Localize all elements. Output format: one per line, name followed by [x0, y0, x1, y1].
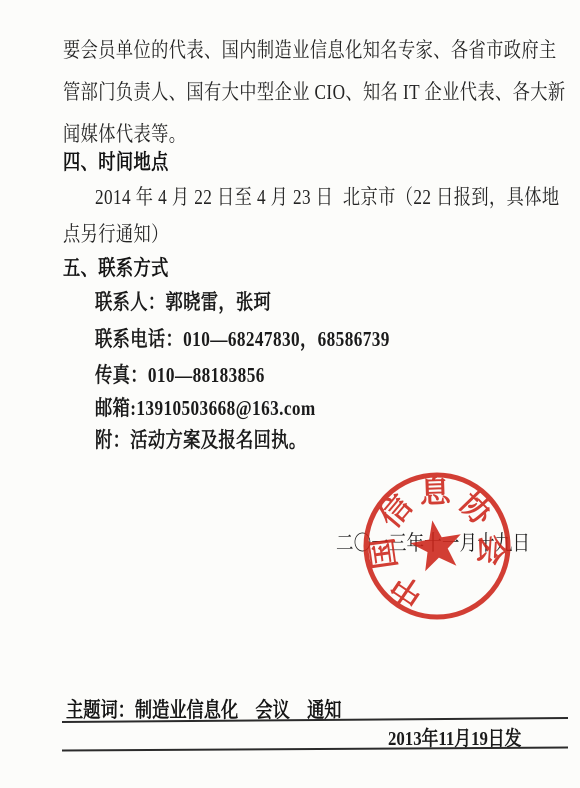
svg-text:信: 信	[372, 488, 419, 534]
seal-stamp-icon: 中国信息协会	[352, 462, 522, 632]
svg-text:中: 中	[384, 568, 429, 614]
contact-email-line: 邮箱:13910503668@163.com	[95, 396, 316, 420]
document-page: 要会员单位的代表、国内制造业信息化知名专家、各省市政府主 管部门负责人、国有大中…	[0, 0, 580, 788]
intro-line-1: 要会员单位的代表、国内制造业信息化知名专家、各省市政府主	[63, 38, 557, 62]
contact-fax-line: 传真：010—88183856	[95, 363, 265, 387]
intro-line-3: 闻媒体代表等。	[63, 122, 186, 146]
section-heading-time: 四、时间地点	[63, 150, 169, 174]
contact-person-line: 联系人：郭晓雷，张珂	[95, 290, 271, 314]
section-heading-contact: 五、联系方式	[63, 256, 169, 280]
intro-line-2: 管部门负责人、国有大中型企业 CIO、知名 IT 企业代表、各大新	[63, 80, 566, 104]
attachment-note-line: 附：活动方案及报名回执。	[95, 428, 307, 452]
svg-text:会: 会	[472, 533, 509, 566]
svg-text:国: 国	[364, 536, 403, 572]
official-seal: 中国信息协会	[352, 462, 522, 632]
contact-phone-line: 联系电话：010—68247830，68586739	[95, 327, 390, 351]
time-line-2: 点另行通知）	[63, 222, 169, 246]
svg-text:协: 协	[452, 485, 499, 532]
svg-text:息: 息	[419, 474, 452, 510]
time-line-1: 2014 年 4 月 22 日至 4 月 23 日 北京市（22 日报到，具体地	[95, 185, 560, 209]
